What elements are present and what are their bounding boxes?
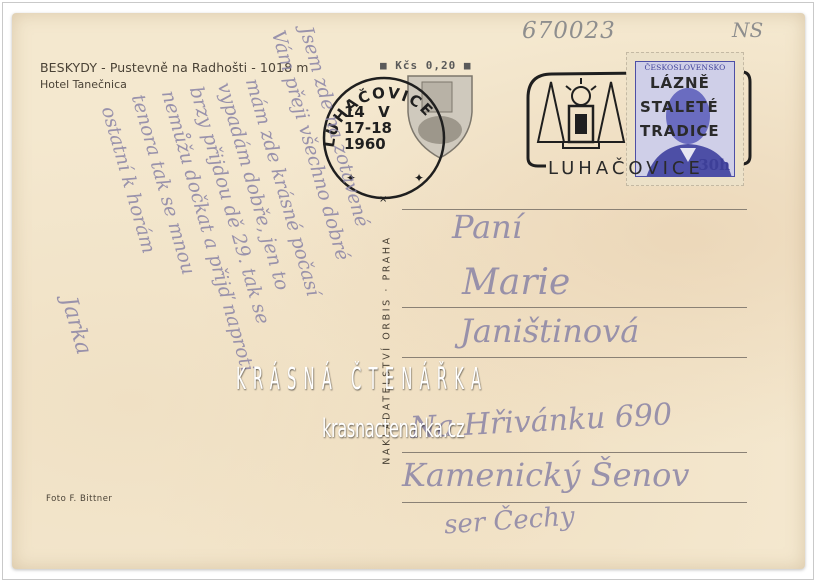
slogan-line-1: LÁZNĚ: [650, 74, 710, 92]
slogan-line-3: TRADICE: [640, 122, 720, 140]
slogan-line-2: STALETÉ: [640, 98, 719, 116]
watermark-url: krasnactenarka.cz: [322, 414, 464, 444]
spa-pavilion-trees-icon: [536, 76, 626, 156]
pencil-initials: NS: [732, 18, 763, 42]
address-line: [402, 452, 747, 453]
address-line: [402, 357, 747, 358]
address-salutation: Paní: [452, 208, 522, 246]
postmark-date: 14 V 17-18 1960: [344, 104, 392, 152]
postcard-subtitle: Hotel Tanečnica: [40, 78, 127, 91]
postcard-title: BESKYDY - Pustevně na Radhošti - 1018 m: [40, 60, 309, 75]
svg-text:×: ×: [379, 194, 387, 205]
slogan-cancel-city: LUHAČOVICE: [548, 158, 704, 179]
address-town: Kamenický Šenov: [402, 456, 689, 494]
watermark-title: KRÁSNÁ ČTENÁŘKA: [236, 362, 488, 397]
address-first-name: Marie: [462, 262, 570, 303]
address-line: [402, 307, 747, 308]
address-line: [402, 502, 747, 503]
address-surname: Janištinová: [460, 312, 639, 350]
photo-credit: Foto F. Bittner: [46, 494, 112, 504]
stamp-country: ČESKOSLOVENSKO: [638, 63, 732, 72]
catalog-number: 670023: [522, 18, 616, 44]
svg-text:✦: ✦: [414, 171, 424, 185]
